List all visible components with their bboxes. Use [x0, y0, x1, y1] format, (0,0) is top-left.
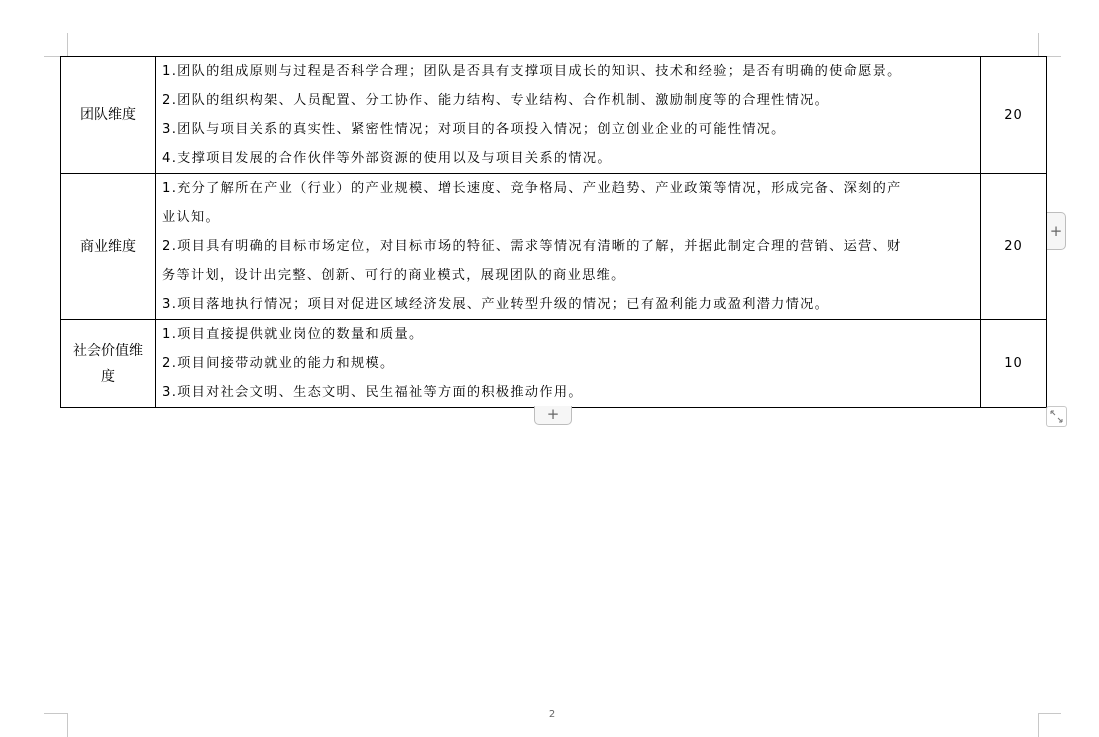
corner-mark-bottom-left-v — [67, 713, 68, 737]
corner-mark-top-right-v — [1038, 33, 1039, 56]
criteria-line: 2.项目具有明确的目标市场定位，对目标市场的特征、需求等情况有清晰的了解，并据此… — [162, 232, 976, 261]
criteria-line: 3.项目落地执行情况；项目对促进区域经济发展、产业转型升级的情况；已有盈利能力或… — [162, 290, 976, 319]
criteria-line: 2.项目间接带动就业的能力和规模。 — [162, 349, 976, 378]
dimension-label: 团队维度 — [80, 107, 136, 123]
add-row-button[interactable]: + — [534, 406, 572, 425]
table-row-business: 商业维度 1.充分了解所在产业（行业）的产业规模、增长速度、竞争格局、产业趋势、… — [61, 174, 1047, 320]
table-row-social-value: 社会价值维 度 1.项目直接提供就业岗位的数量和质量。 2.项目间接带动就业的能… — [61, 320, 1047, 408]
dimension-label-line: 度 — [61, 364, 155, 390]
score-value: 10 — [1004, 356, 1023, 371]
criteria-line: 1.团队的组成原则与过程是否科学合理；团队是否具有支撑项目成长的知识、技术和经验… — [162, 57, 976, 86]
score-cell[interactable]: 20 — [981, 57, 1047, 174]
dimension-label-line: 社会价值维 — [61, 338, 155, 364]
table-row-team: 团队维度 1.团队的组成原则与过程是否科学合理；团队是否具有支撑项目成长的知识、… — [61, 57, 1047, 174]
dimension-cell[interactable]: 商业维度 — [61, 174, 156, 320]
criteria-cell[interactable]: 1.团队的组成原则与过程是否科学合理；团队是否具有支撑项目成长的知识、技术和经验… — [156, 57, 981, 174]
criteria-line: 1.项目直接提供就业岗位的数量和质量。 — [162, 320, 976, 349]
page-number: 2 — [540, 709, 564, 720]
criteria-cell[interactable]: 1.充分了解所在产业（行业）的产业规模、增长速度、竞争格局、产业趋势、产业政策等… — [156, 174, 981, 320]
add-column-button[interactable]: + — [1047, 212, 1066, 250]
corner-mark-bottom-right-h — [1038, 713, 1061, 714]
criteria-line: 3.项目对社会文明、生态文明、民生福祉等方面的积极推动作用。 — [162, 378, 976, 407]
table-resize-handle[interactable] — [1046, 406, 1067, 427]
criteria-line: 1.充分了解所在产业（行业）的产业规模、增长速度、竞争格局、产业趋势、产业政策等… — [162, 174, 976, 203]
corner-mark-bottom-left-h — [44, 713, 67, 714]
criteria-line: 3.团队与项目关系的真实性、紧密性情况；对项目的各项投入情况；创立创业企业的可能… — [162, 115, 976, 144]
criteria-line: 务等计划，设计出完整、创新、可行的商业模式，展现团队的商业思维。 — [162, 261, 976, 290]
criteria-cell[interactable]: 1.项目直接提供就业岗位的数量和质量。 2.项目间接带动就业的能力和规模。 3.… — [156, 320, 981, 408]
dimension-label: 商业维度 — [80, 239, 136, 255]
plus-icon: + — [547, 405, 560, 423]
criteria-line: 业认知。 — [162, 203, 976, 232]
score-cell[interactable]: 10 — [981, 320, 1047, 408]
criteria-line: 2.团队的组织构架、人员配置、分工协作、能力结构、专业结构、合作机制、激励制度等… — [162, 86, 976, 115]
score-cell[interactable]: 20 — [981, 174, 1047, 320]
corner-mark-top-left-v — [67, 33, 68, 56]
criteria-line: 4.支撑项目发展的合作伙伴等外部资源的使用以及与项目关系的情况。 — [162, 144, 976, 173]
plus-icon: + — [1050, 222, 1063, 240]
resize-diagonal-icon — [1049, 409, 1064, 424]
score-value: 20 — [1004, 239, 1023, 254]
dimension-cell[interactable]: 社会价值维 度 — [61, 320, 156, 408]
score-value: 20 — [1004, 108, 1023, 123]
evaluation-criteria-table: 团队维度 1.团队的组成原则与过程是否科学合理；团队是否具有支撑项目成长的知识、… — [60, 56, 1047, 408]
dimension-cell[interactable]: 团队维度 — [61, 57, 156, 174]
corner-mark-bottom-right-v — [1038, 713, 1039, 737]
